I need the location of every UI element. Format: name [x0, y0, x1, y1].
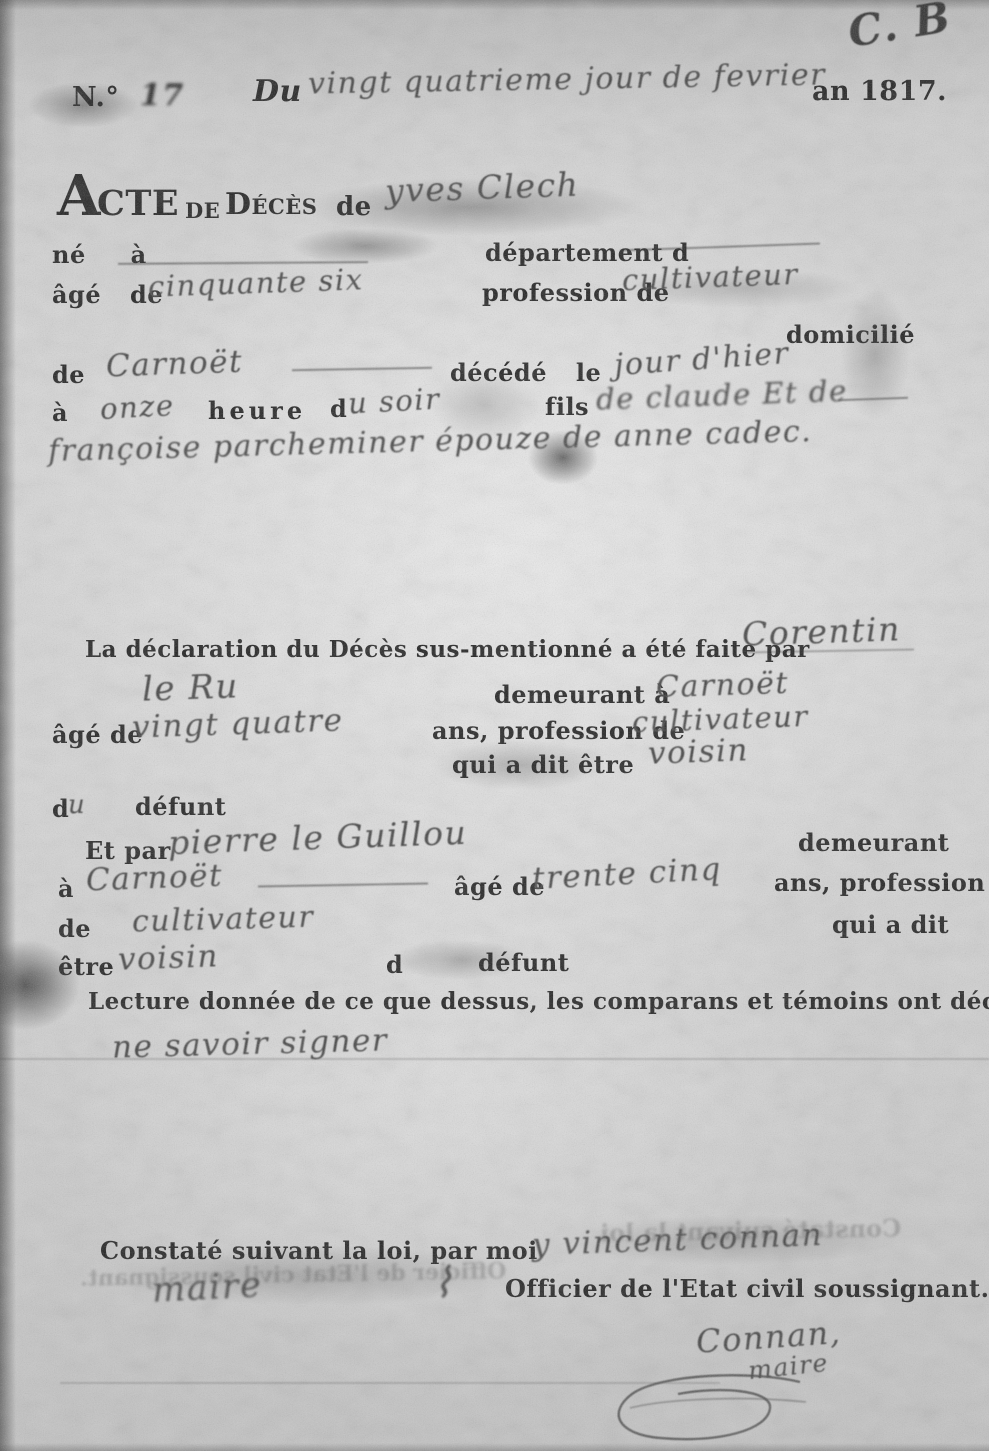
witness2-profession-handwritten: cultivateur [132, 900, 315, 940]
declaration-intro: La déclaration du Décès sus-mentionné a … [85, 636, 810, 663]
title-deces: Décès [225, 190, 317, 220]
du-defunt-d-label: d [52, 794, 69, 823]
lecture-line: Lecture donnée de ce que dessus, les com… [88, 988, 989, 1015]
heure-label: heure [208, 396, 306, 425]
qui-a-dit-etre-label: qui a dit être [452, 750, 634, 779]
witness2-defunt-label: défunt [478, 948, 569, 977]
witness2-relation-handwritten: voisin [117, 938, 219, 977]
hour-d-label: d [330, 394, 347, 423]
fils-label: fils [545, 392, 589, 421]
date-year-label: an 1817. [812, 76, 947, 107]
hour-handwritten: onze [99, 388, 175, 426]
birth-ne-a-label: né à [52, 240, 147, 269]
qui-a-dit-label: qui a dit [832, 910, 949, 939]
dash-rule [258, 883, 428, 888]
residence-commune-handwritten: Carnoët [105, 344, 243, 385]
age-handwritten: cinquante six [147, 262, 364, 303]
closing-maire-handwritten: maire [151, 1265, 263, 1311]
scanned-death-certificate-page: C. B N.° 17 Du vingt quatrieme jour de f… [0, 0, 989, 1451]
act-number-value: 17 [140, 78, 185, 113]
deceased-name-handwritten: yves Clech [384, 165, 580, 211]
domicilie-label: domicilié [786, 320, 915, 349]
defunt-label: défunt [135, 792, 226, 821]
closing-name-handwritten: y vincent connan [531, 1217, 823, 1263]
signature-statement-handwritten: ne savoir signer [112, 1022, 389, 1065]
ans-profession-label: ans, profession [774, 868, 985, 897]
title-acte-initial: A [57, 168, 101, 224]
witness2-age-handwritten: trente cinq [531, 851, 722, 897]
signature-paraph [600, 1368, 820, 1448]
declarant-first-handwritten: Corentin [741, 609, 901, 654]
witness2-du-d-label: d [386, 950, 403, 979]
age-label: âgé de [52, 280, 163, 309]
title-acte-rest: CTE [97, 186, 179, 221]
scan-edge-top [0, 0, 989, 10]
title-de: DE [185, 198, 220, 223]
declarant-relation-handwritten: voisin [647, 732, 749, 771]
witness2-a-label: à [58, 874, 74, 903]
dash-rule [838, 397, 908, 401]
officier-label: Officier de l'Etat civil soussignant. [505, 1274, 989, 1303]
date-du-label: Du [253, 74, 302, 109]
profession-handwritten: cultivateur [621, 257, 799, 297]
declarant-age-handwritten: vingt quatre [131, 702, 344, 745]
title-de2: de [336, 192, 372, 222]
hour-du-soir-handwritten: u soir [347, 382, 441, 421]
dash-rule [292, 367, 432, 371]
constate-label: Constaté suivant la loi, par moi [100, 1236, 538, 1265]
scan-edge-left [0, 0, 16, 1451]
declarant-last-handwritten: le Ru [141, 666, 239, 709]
hour-a-label: à [52, 398, 68, 427]
etre-label: être [58, 952, 114, 981]
corner-archival-mark: C. B [845, 0, 955, 57]
decede-le-label: décédé le [450, 358, 601, 387]
witness2-de-label: de [58, 914, 91, 943]
scan-edge-bottom [0, 1443, 989, 1451]
act-number-label: N.° [72, 82, 119, 113]
date-handwritten: vingt quatrieme jour de fevrier [308, 57, 826, 101]
smudge [290, 228, 440, 264]
residence-de-label: de [52, 360, 85, 389]
demeurant-label: demeurant [798, 828, 949, 857]
du-defunt-u-handwritten: u [68, 790, 86, 820]
witness2-commune-handwritten: Carnoët [85, 858, 223, 899]
closing-flourish-mark: ⌇ [432, 1258, 454, 1307]
declarant-age-label: âgé de [52, 720, 143, 749]
